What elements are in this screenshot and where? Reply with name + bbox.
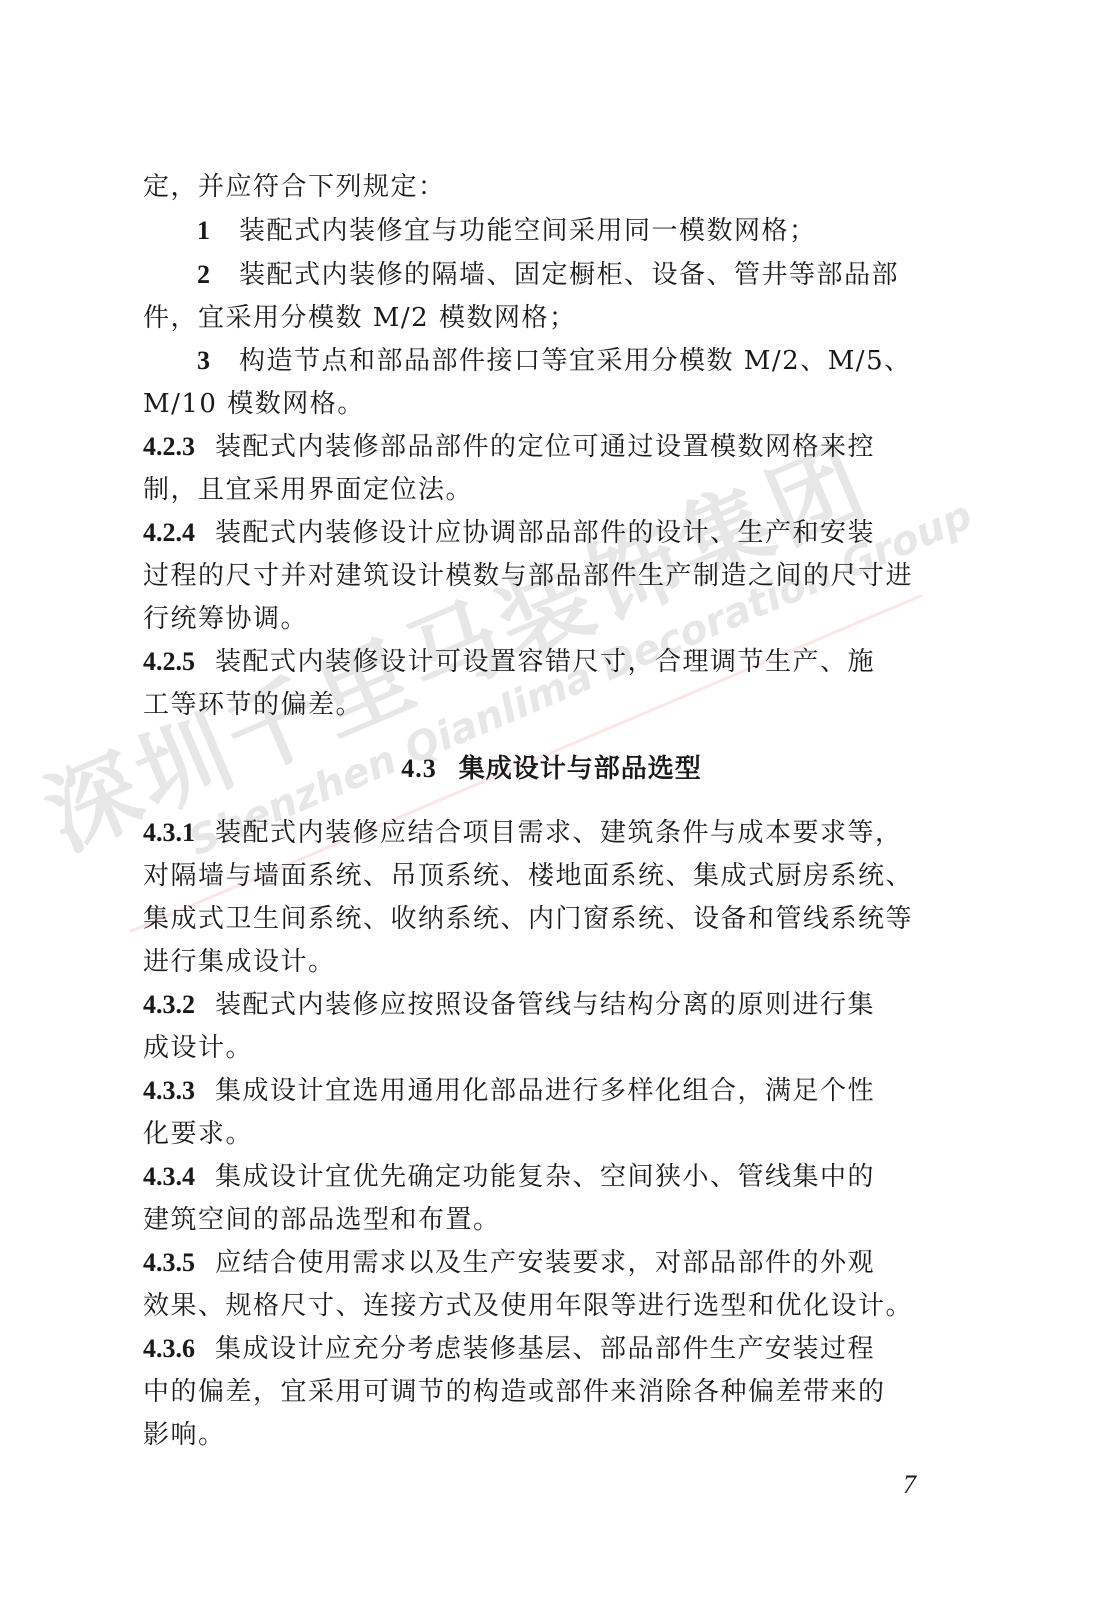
list-item-text: 装配式内装修宜与功能空间采用同一模数网格； [239,216,817,246]
section-heading: 4.3集成设计与部品选型 [0,754,1103,784]
clause-4-3-6: 4.3.6集成设计应充分考虑装修基层、部品部件生产安装过程 [143,1334,943,1364]
clause-4-3-1: 4.3.1装配式内装修应结合项目需求、建筑条件与成本要求等， [143,818,943,848]
clause-4-3-2: 4.3.2装配式内装修应按照设备管线与结构分离的原则进行集 [143,990,943,1020]
clause-4-2-4: 4.2.4装配式内装修设计应协调部品部件的设计、生产和安装 [143,518,943,548]
clause-text: 应结合使用需求以及生产安装要求，对部品部件的外观 [215,1248,875,1278]
clause-number: 4.3.4 [143,1162,195,1192]
paragraph-line: 效果、规格尺寸、连接方式及使用年限等进行选型和优化设计。 [143,1291,943,1321]
list-item-1: 1装配式内装修宜与功能空间采用同一模数网格； [197,216,997,246]
paragraph-line: 工等环节的偏差。 [143,690,943,720]
clause-text: 装配式内装修设计应协调部品部件的设计、生产和安装 [215,518,875,548]
clause-text: 集成设计宜选用通用化部品进行多样化组合，满足个性 [215,1076,875,1106]
clause-number: 4.3.6 [143,1334,195,1364]
page-number: 7 [903,1470,916,1500]
paragraph-line: M/10 模数网格。 [143,389,943,419]
clause-number: 4.3.2 [143,990,195,1020]
paragraph-line: 中的偏差，宜采用可调节的构造或部件来消除各种偏差带来的 [143,1377,943,1407]
list-item-text: 构造节点和部品部件接口等宜采用分模数 M/2、M/5、 [239,346,912,376]
clause-number: 4.3.3 [143,1076,195,1106]
list-item-2: 2装配式内装修的隔墙、固定橱柜、设备、管井等部品部 [197,260,997,290]
section-title: 集成设计与部品选型 [459,754,702,784]
paragraph-line: 过程的尺寸并对建筑设计模数与部品部件生产制造之间的尺寸进 [143,561,943,591]
paragraph-line: 建筑空间的部品选型和布置。 [143,1205,943,1235]
paragraph-line: 成设计。 [143,1033,943,1063]
paragraph-line: 集成式卫生间系统、收纳系统、内门窗系统、设备和管线系统等 [143,904,943,934]
clause-text: 装配式内装修应结合项目需求、建筑条件与成本要求等， [215,818,903,848]
paragraph-line: 化要求。 [143,1119,943,1149]
clause-4-2-5: 4.2.5装配式内装修设计可设置容错尺寸，合理调节生产、施 [143,647,943,677]
paragraph-line: 影响。 [143,1420,943,1450]
document-page: 深圳千里马装饰集团 Shenzhen Qianlima Decoration G… [0,0,1103,1597]
paragraph-line: 件，宜采用分模数 M/2 模数网格； [143,303,943,333]
clause-4-2-3: 4.2.3装配式内装修部品部件的定位可通过设置模数网格来控 [143,432,943,462]
list-item-number: 3 [197,346,227,376]
section-number: 4.3 [401,754,437,783]
clause-text: 装配式内装修设计可设置容错尺寸，合理调节生产、施 [215,647,875,677]
clause-4-3-4: 4.3.4集成设计宜优先确定功能复杂、空间狭小、管线集中的 [143,1162,943,1192]
paragraph-line: 对隔墙与墙面系统、吊顶系统、楼地面系统、集成式厨房系统、 [143,861,943,891]
list-item-number: 1 [197,216,227,246]
clause-4-3-5: 4.3.5应结合使用需求以及生产安装要求，对部品部件的外观 [143,1248,943,1278]
clause-number: 4.2.4 [143,518,195,548]
clause-number: 4.3.1 [143,818,195,848]
paragraph-line: 制，且宜采用界面定位法。 [143,475,943,505]
list-item-text: 装配式内装修的隔墙、固定橱柜、设备、管井等部品部 [239,260,899,290]
list-item-3: 3构造节点和部品部件接口等宜采用分模数 M/2、M/5、 [197,346,997,376]
clause-number: 4.2.5 [143,647,195,677]
clause-text: 装配式内装修部品部件的定位可通过设置模数网格来控 [215,432,875,462]
clause-number: 4.2.3 [143,432,195,462]
paragraph-line: 定，并应符合下列规定： [143,172,943,202]
list-item-number: 2 [197,260,227,290]
clause-text: 集成设计宜优先确定功能复杂、空间狭小、管线集中的 [215,1162,875,1192]
paragraph-line: 进行集成设计。 [143,947,943,977]
clause-text: 集成设计应充分考虑装修基层、部品部件生产安装过程 [215,1334,875,1364]
watermark-english: Shenzhen Qianlima Decoration Group [182,492,978,865]
clause-text: 装配式内装修应按照设备管线与结构分离的原则进行集 [215,990,875,1020]
clause-number: 4.3.5 [143,1248,195,1278]
paragraph-line: 行统筹协调。 [143,604,943,634]
clause-4-3-3: 4.3.3集成设计宜选用通用化部品进行多样化组合，满足个性 [143,1076,943,1106]
